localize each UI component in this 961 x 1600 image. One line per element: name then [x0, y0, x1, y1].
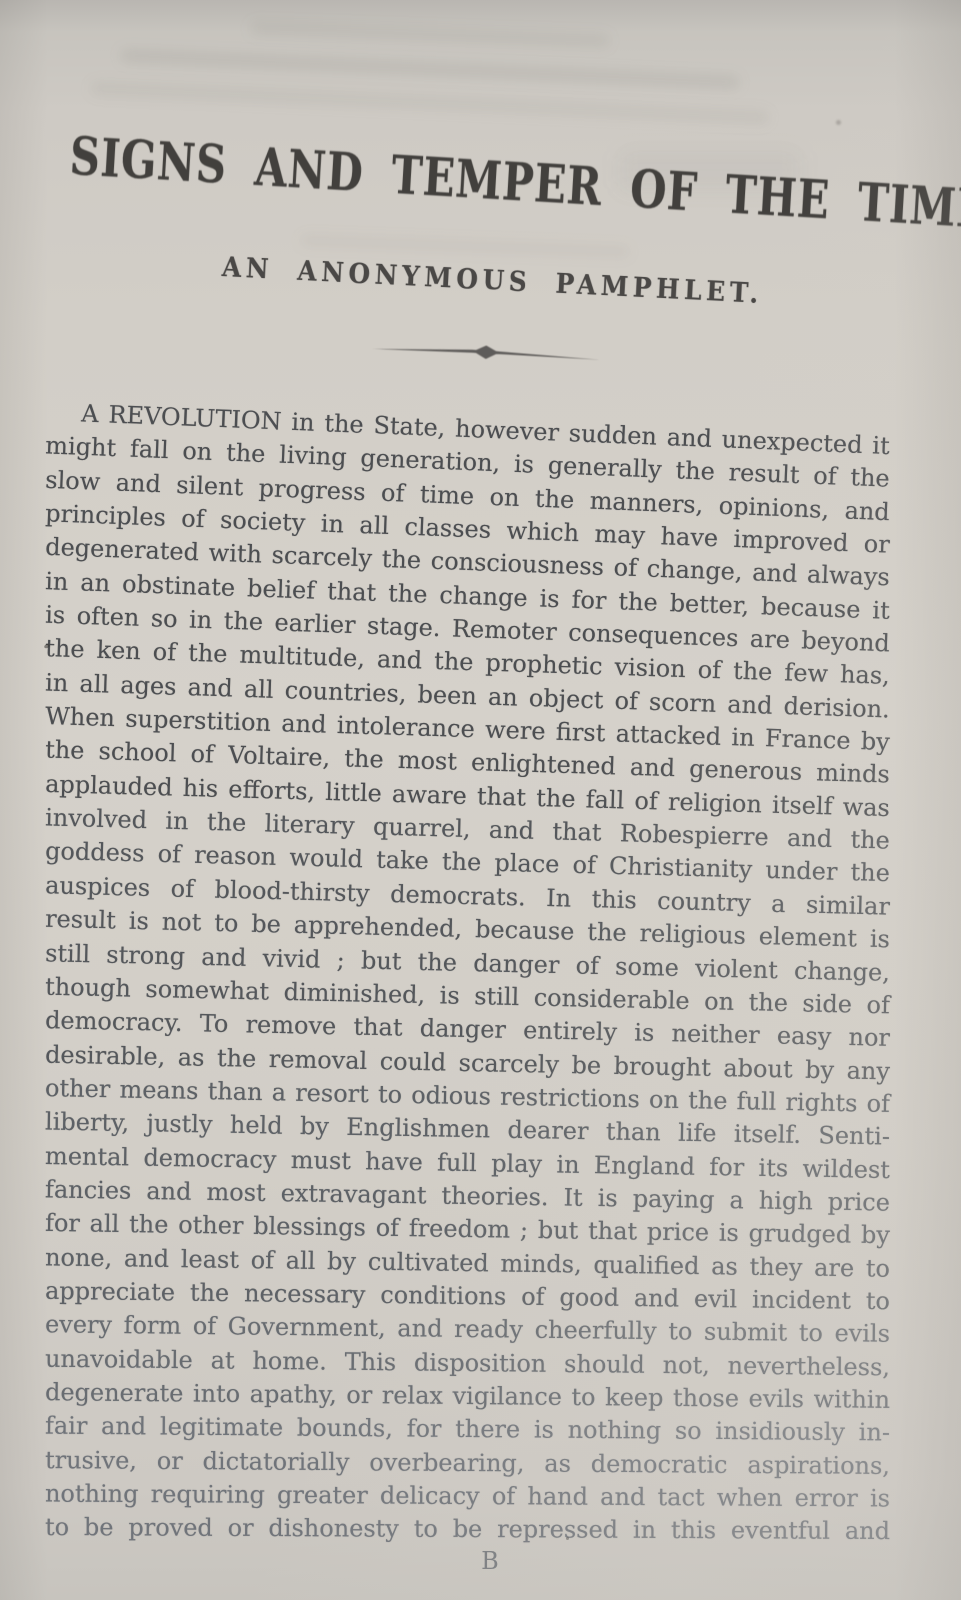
ink-speck [836, 120, 841, 125]
swelled-rule-divider-icon [372, 339, 601, 366]
body-text: A REVOLUTION in the State, however sudde… [45, 413, 890, 1547]
page-subtitle: AN ANONYMOUS PAMPHLET. [221, 252, 763, 310]
page-title: SIGNS AND TEMPER OF THE TIMES. [68, 126, 774, 228]
showthrough-ghost [120, 48, 740, 89]
body-text-line: nothing requiring greater delicacy of ha… [45, 1478, 890, 1516]
body-text-line: to be proved or dishonesty to be repress… [45, 1511, 890, 1548]
showthrough-ghost [90, 81, 770, 125]
scanned-book-page: SIGNS AND TEMPER OF THE TIMES. AN ANONYM… [0, 0, 961, 1600]
showthrough-ghost [250, 22, 610, 48]
signature-mark: B [470, 1547, 510, 1575]
showthrough-ghost [300, 234, 630, 258]
body-text-line: trusive, or dictatorially overbearing, a… [45, 1444, 890, 1483]
